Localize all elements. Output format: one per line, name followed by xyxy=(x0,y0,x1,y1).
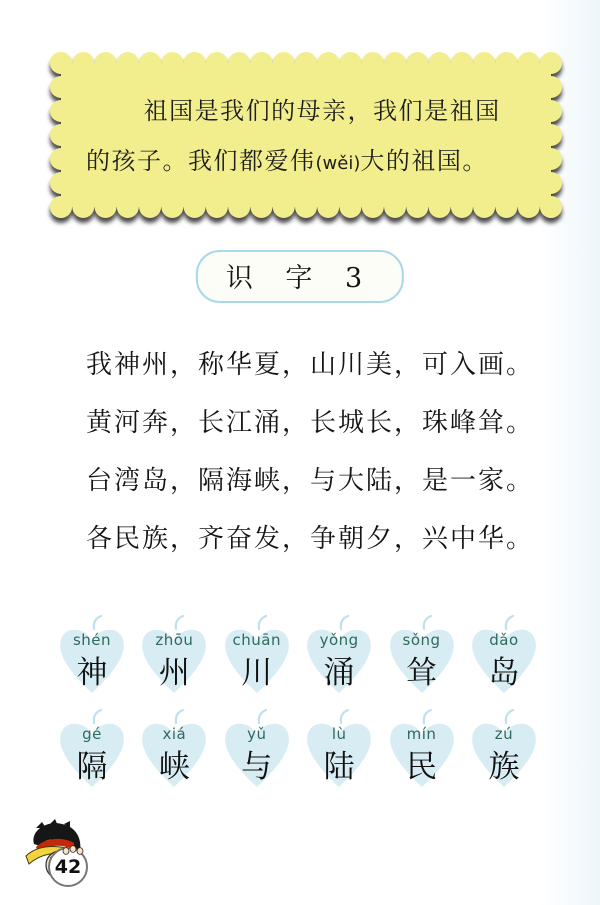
vocab-hanzi: 族 xyxy=(467,741,541,786)
lesson-title-pill: 识 字 3 xyxy=(196,250,404,303)
poem-line: 黄河奔，长江涌，长城长，珠峰耸。 xyxy=(86,394,556,452)
note-box: 祖国是我们的母亲，我们是祖国 的孩子。我们都爱伟(wěi)大的祖国。 xyxy=(50,52,562,218)
vocab-card: shén 神 xyxy=(55,614,129,700)
vocab-card: dǎo 岛 xyxy=(467,614,541,700)
vocab-hanzi: 川 xyxy=(220,647,294,692)
vocab-row-1: shén 神 zhōu 州 chuān 川 yǒng 涌 sǒng 耸 dǎo … xyxy=(55,614,541,700)
vocab-row-2: gé 隔 xiá 峡 yǔ 与 lù 陆 mín 民 zú 族 xyxy=(55,708,541,794)
vocab-card: sǒng 耸 xyxy=(385,614,459,700)
lesson-title: 识 字 3 xyxy=(226,263,374,294)
finger-tips-icon xyxy=(62,845,84,857)
vocab-hanzi: 岛 xyxy=(467,647,541,692)
note-line-2: 的孩子。我们都爱伟(wěi)大的祖国。 xyxy=(86,136,528,189)
vocab-card: lù 陆 xyxy=(302,708,376,794)
note-line-2-b: 大的祖国。 xyxy=(360,147,488,175)
vocab-card: gé 隔 xyxy=(55,708,129,794)
vocab-hanzi: 耸 xyxy=(385,647,459,692)
vocab-hanzi: 神 xyxy=(55,647,129,692)
page-number-badge: 42 xyxy=(48,847,88,887)
vocab-hanzi: 民 xyxy=(385,741,459,786)
note-line-2-a: 的孩子。我们都爱伟 xyxy=(86,147,316,175)
textbook-page: 祖国是我们的母亲，我们是祖国 的孩子。我们都爱伟(wěi)大的祖国。 识 字 3… xyxy=(0,0,600,905)
vocab-hanzi: 陆 xyxy=(302,741,376,786)
vocab-card: chuān 川 xyxy=(220,614,294,700)
vocab-card: zhōu 州 xyxy=(137,614,211,700)
vocab-hanzi: 与 xyxy=(220,741,294,786)
note-line-1: 祖国是我们的母亲，我们是祖国 xyxy=(86,86,528,136)
vocab-hanzi: 州 xyxy=(137,647,211,692)
vocab-card: yǔ 与 xyxy=(220,708,294,794)
note-inline-pinyin: (wěi) xyxy=(316,153,361,174)
vocab-hanzi: 隔 xyxy=(55,741,129,786)
vocab-card: yǒng 涌 xyxy=(302,614,376,700)
poem-line: 我神州，称华夏，山川美，可入画。 xyxy=(86,336,556,394)
poem-line: 台湾岛，隔海峡，与大陆，是一家。 xyxy=(86,452,556,510)
note-text: 祖国是我们的母亲，我们是祖国 的孩子。我们都爱伟(wěi)大的祖国。 xyxy=(50,52,562,218)
poem-line: 各民族，齐奋发，争朝夕，兴中华。 xyxy=(86,510,556,568)
poem: 我神州，称华夏，山川美，可入画。 黄河奔，长江涌，长城长，珠峰耸。 台湾岛，隔海… xyxy=(86,336,556,568)
page-number: 42 xyxy=(55,856,81,878)
vocab-hanzi: 峡 xyxy=(137,741,211,786)
vocab-card: xiá 峡 xyxy=(137,708,211,794)
vocab-card: mín 民 xyxy=(385,708,459,794)
vocab-hanzi: 涌 xyxy=(302,647,376,692)
vocab-card: zú 族 xyxy=(467,708,541,794)
